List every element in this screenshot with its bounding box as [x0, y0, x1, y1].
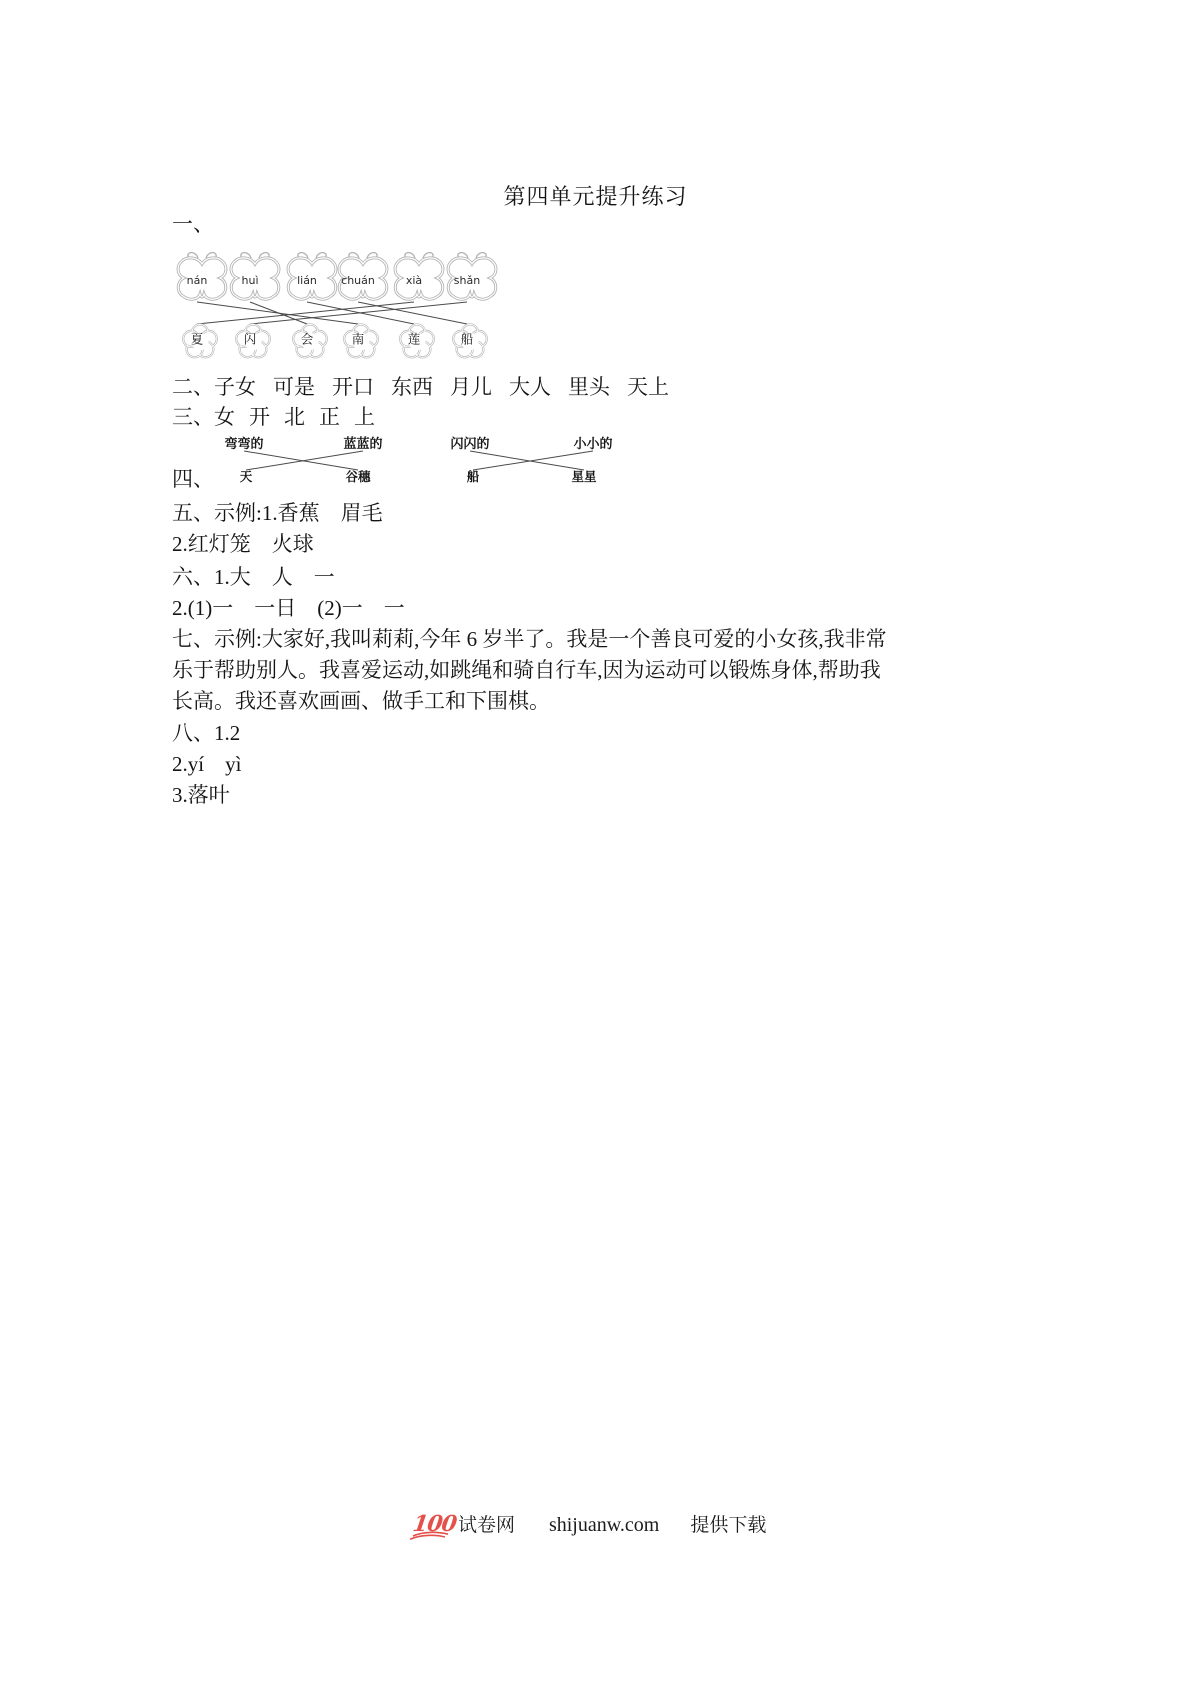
answer-text: 长高。我还喜欢画画、做手工和下围棋。 [172, 689, 550, 713]
flower-char: 船 [461, 333, 474, 347]
flower-char: 闪 [244, 332, 257, 347]
answer-word: 里头 [568, 371, 610, 401]
pinyin-label: shǎn [454, 274, 480, 287]
section-six-line2: 2.(1)一 一日 (2)一 一 [172, 592, 405, 622]
answer-word: 可是 [273, 371, 315, 401]
answer-word: 开 [249, 401, 270, 431]
section-eight-line2: 2.yí yì [172, 748, 241, 778]
answer-word: 月儿 [450, 371, 492, 401]
matching-figure-pinyin: nán huì lián chuán xià shǎn 夏 闪 会 南 莲 [168, 241, 512, 367]
answer-text: 示例:大家好,我叫莉莉,今年 6 岁半了。我是一个善良可爱的小女孩,我非常 [214, 627, 887, 651]
footer-download-note: 提供下载 [690, 1510, 766, 1537]
match-line [358, 302, 467, 324]
section-seven-line2: 乐于帮助别人。我喜爱运动,如跳绳和骑自行车,因为运动可以锻炼身体,帮助我 [172, 654, 881, 684]
answer-word: 天上 [627, 371, 669, 401]
pinyin-label: chuán [341, 274, 375, 287]
footer-site-url: shijuanw.com [549, 1514, 659, 1537]
pinyin-label: lián [297, 274, 317, 287]
pinyin-label: huì [242, 274, 259, 287]
answer-text: 2.yí yì [172, 752, 241, 776]
matching-figure-adjectives-lines [165, 449, 635, 473]
site-logo-text: 试卷网 [458, 1510, 515, 1537]
answer-word: 正 [319, 401, 340, 431]
match-line [197, 302, 414, 324]
match-bottom-label: 谷穗 [345, 467, 370, 485]
answer-text: 2.红灯笼 火球 [172, 532, 314, 556]
answer-word: 女 [214, 401, 235, 431]
answer-text: 1.大 人 一 [214, 565, 335, 589]
section-five-label: 五、 [172, 501, 214, 525]
answer-word: 大人 [509, 371, 551, 401]
match-line [470, 451, 584, 470]
section-five-line1: 五、示例:1.香蕉 眉毛 [172, 497, 383, 527]
section-seven-label: 七、 [172, 627, 214, 651]
footer: 100 试卷网 shijuanw.com 提供下载 [413, 1510, 766, 1546]
section-eight-line3: 3.落叶 [172, 779, 230, 809]
section-six-line1: 六、1.大 人 一 [172, 561, 335, 591]
answer-text: 3.落叶 [172, 783, 230, 807]
match-line [250, 302, 467, 324]
answer-text: 乐于帮助别人。我喜爱运动,如跳绳和骑自行车,因为运动可以锻炼身体,帮助我 [172, 658, 881, 682]
flower-char: 会 [301, 333, 314, 347]
answer-word: 上 [354, 401, 375, 431]
section-seven-line1: 七、示例:大家好,我叫莉莉,今年 6 岁半了。我是一个善良可爱的小女孩,我非常 [172, 623, 887, 653]
answer-word: 子女 [214, 371, 256, 401]
answer-word: 开口 [332, 371, 374, 401]
match-bottom-label: 星星 [571, 467, 596, 485]
section-five-line2: 2.红灯笼 火球 [172, 528, 314, 558]
match-bottom-label: 天 [240, 467, 253, 485]
pinyin-label: nán [187, 274, 208, 287]
logo-swoosh-icon [410, 1531, 450, 1540]
answer-word: 北 [284, 401, 305, 431]
section-four-label: 四、 [172, 463, 214, 493]
flower-char: 莲 [408, 332, 421, 347]
answer-text: 1.2 [214, 721, 240, 745]
matching-figure-pinyin-canvas: nán huì lián chuán xià shǎn 夏 闪 会 南 莲 [168, 241, 512, 367]
match-bottom-label: 船 [467, 467, 480, 485]
answer-text: 示例:1.香蕉 眉毛 [214, 501, 383, 525]
section-eight-label: 八、 [172, 721, 214, 745]
section-one-label: 一、 [172, 208, 214, 238]
section-eight-line1: 八、1.2 [172, 717, 240, 747]
section-seven-line3: 长高。我还喜欢画画、做手工和下围棋。 [172, 685, 550, 715]
page-title: 第四单元提升练习 [0, 180, 1191, 211]
flower-char: 夏 [191, 333, 204, 347]
section-three-label: 三、 [172, 405, 214, 429]
section-two: 二、子女可是开口东西月儿大人里头天上 [172, 371, 686, 401]
section-two-label: 二、 [172, 375, 214, 399]
document-page: 第四单元提升练习 一、 [0, 0, 1191, 1684]
flower-char: 南 [352, 332, 365, 347]
section-three: 三、女开北正上 [172, 401, 389, 431]
pinyin-label: xià [406, 274, 422, 287]
answer-text: 2.(1)一 一日 (2)一 一 [172, 596, 405, 620]
answer-word: 东西 [391, 371, 433, 401]
section-six-label: 六、 [172, 565, 214, 589]
site-logo: 100 [413, 1511, 456, 1537]
